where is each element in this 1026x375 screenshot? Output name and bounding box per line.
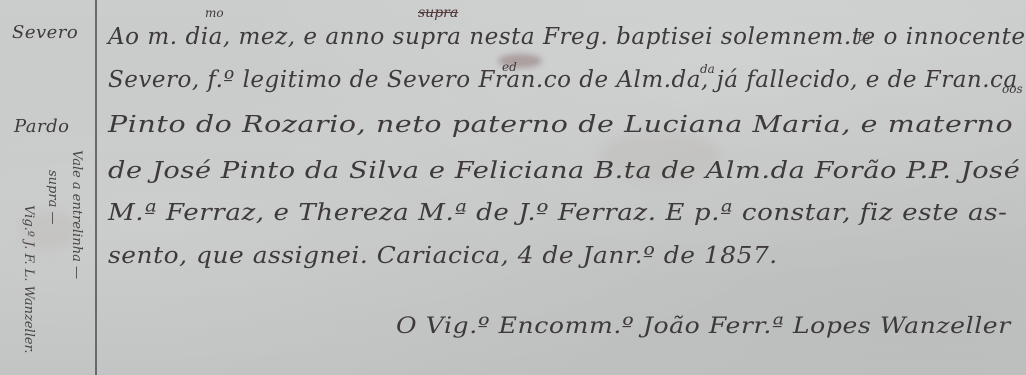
interlinear-note: mo <box>205 6 224 20</box>
priest-signature: O Vig.º Encomm.º João Ferr.ª Lopes Wanze… <box>396 314 1011 339</box>
record-line: de José Pinto da Silva e Feliciana B.ta … <box>108 158 1020 184</box>
margin-annotation-line: Vig.º J. F. L. Wanzeller. <box>21 205 36 353</box>
record-line: M.ª Ferraz, e Thereza M.ª de J.º Ferraz.… <box>108 200 1008 226</box>
record-line: Ao m. dia, mez, e anno supra nesta Freg.… <box>108 24 1026 50</box>
record-line: Pinto do Rozario, neto paterno de Lucian… <box>108 112 1013 138</box>
margin-annotation-line: supra — <box>45 170 60 224</box>
record-line: Severo, f.º legitimo de Severo Fran.co d… <box>108 67 1018 93</box>
interlinear-note-supra: supra <box>418 5 458 21</box>
margin-child-name: Severo <box>12 22 78 43</box>
margin-status: Pardo <box>14 116 70 137</box>
margin-annotation-line: Vale a entrelinha — <box>69 150 84 279</box>
margin-rule <box>95 0 97 375</box>
record-line: sento, que assignei. Cariacica, 4 de Jan… <box>108 243 778 269</box>
